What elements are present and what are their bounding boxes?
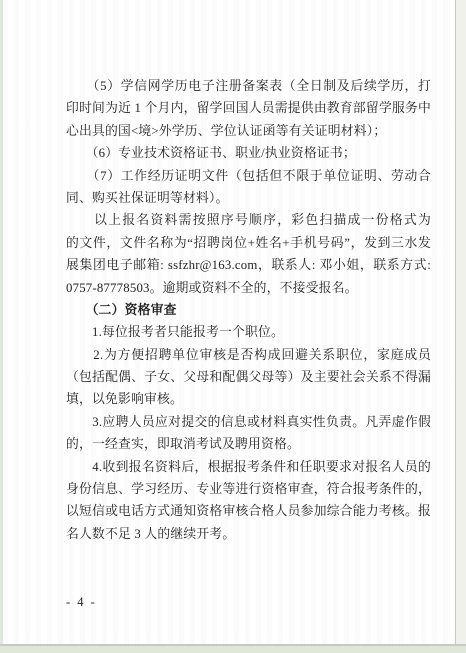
text-line: 以短信或电话方式通知资格审核合格人员参加综合能力考核。报 bbox=[66, 500, 431, 522]
text-line: 心出具的国<境>外学历、学位认证函等有关证明材料）； bbox=[66, 120, 431, 142]
text-line: 4.收到报名资料后，根据报考条件和任职要求对报名人员的 bbox=[66, 456, 431, 478]
page-number: - 4 - bbox=[66, 595, 97, 610]
scan-edge-bottom bbox=[0, 644, 466, 653]
scan-edge-right bbox=[456, 0, 466, 647]
text-line: 同、购买社保证明等材料）。 bbox=[66, 187, 431, 209]
text-line: 印时间为近 1 个月内，留学回国人员需提供由教育部留学服务中 bbox=[66, 97, 431, 119]
text-line: （5）学信网学历电子注册备案表（全日制及后续学历，打 bbox=[66, 75, 431, 97]
section-heading: （二）资格审查 bbox=[66, 299, 431, 321]
text-line: 的，一经查实，即取消考试及聘用资格。 bbox=[66, 433, 431, 455]
text-line: 展集团电子邮箱: ssfzhr@163.com，联系人: 邓小姐，联系方式: bbox=[66, 254, 431, 276]
text-line: （6）专业技术资格证书、职业/执业资格证书； bbox=[66, 142, 431, 164]
text-line: 2.为方便招聘单位审核是否构成回避关系职位，家庭成员 bbox=[66, 344, 431, 366]
text-line: 的文件，文件名称为“招聘岗位+姓名+手机号码”，发到三水发 bbox=[66, 232, 431, 254]
text-line: 以上报名资料需按照序号顺序，彩色扫描成一份格式为 PDF bbox=[66, 209, 431, 231]
text-line: 1.每位报考者只能报考一个职位。 bbox=[66, 321, 431, 343]
text-line: 0757-87778503。逾期或资料不全的，不接受报名。 bbox=[66, 277, 431, 299]
text-line: 身份信息、学习经历、专业等进行资格审查，符合报考条件的， bbox=[66, 478, 431, 500]
text-line: 填，以免影响审核。 bbox=[66, 388, 431, 410]
text-line: （7）工作经历证明文件（包括但不限于单位证明、劳动合 bbox=[66, 165, 431, 187]
text-line: （包括配偶、子女、父母和配偶父母等）及主要社会关系不得漏 bbox=[66, 366, 431, 388]
document-lines: （5）学信网学历电子注册备案表（全日制及后续学历，打印时间为近 1 个月内，留学… bbox=[66, 75, 431, 545]
scan-edge-left bbox=[0, 0, 3, 653]
text-line: 名人数不足 3 人的继续开考。 bbox=[66, 523, 431, 545]
text-line: 3.应聘人员应对提交的信息或材料真实性负责。凡弄虚作假 bbox=[66, 411, 431, 433]
